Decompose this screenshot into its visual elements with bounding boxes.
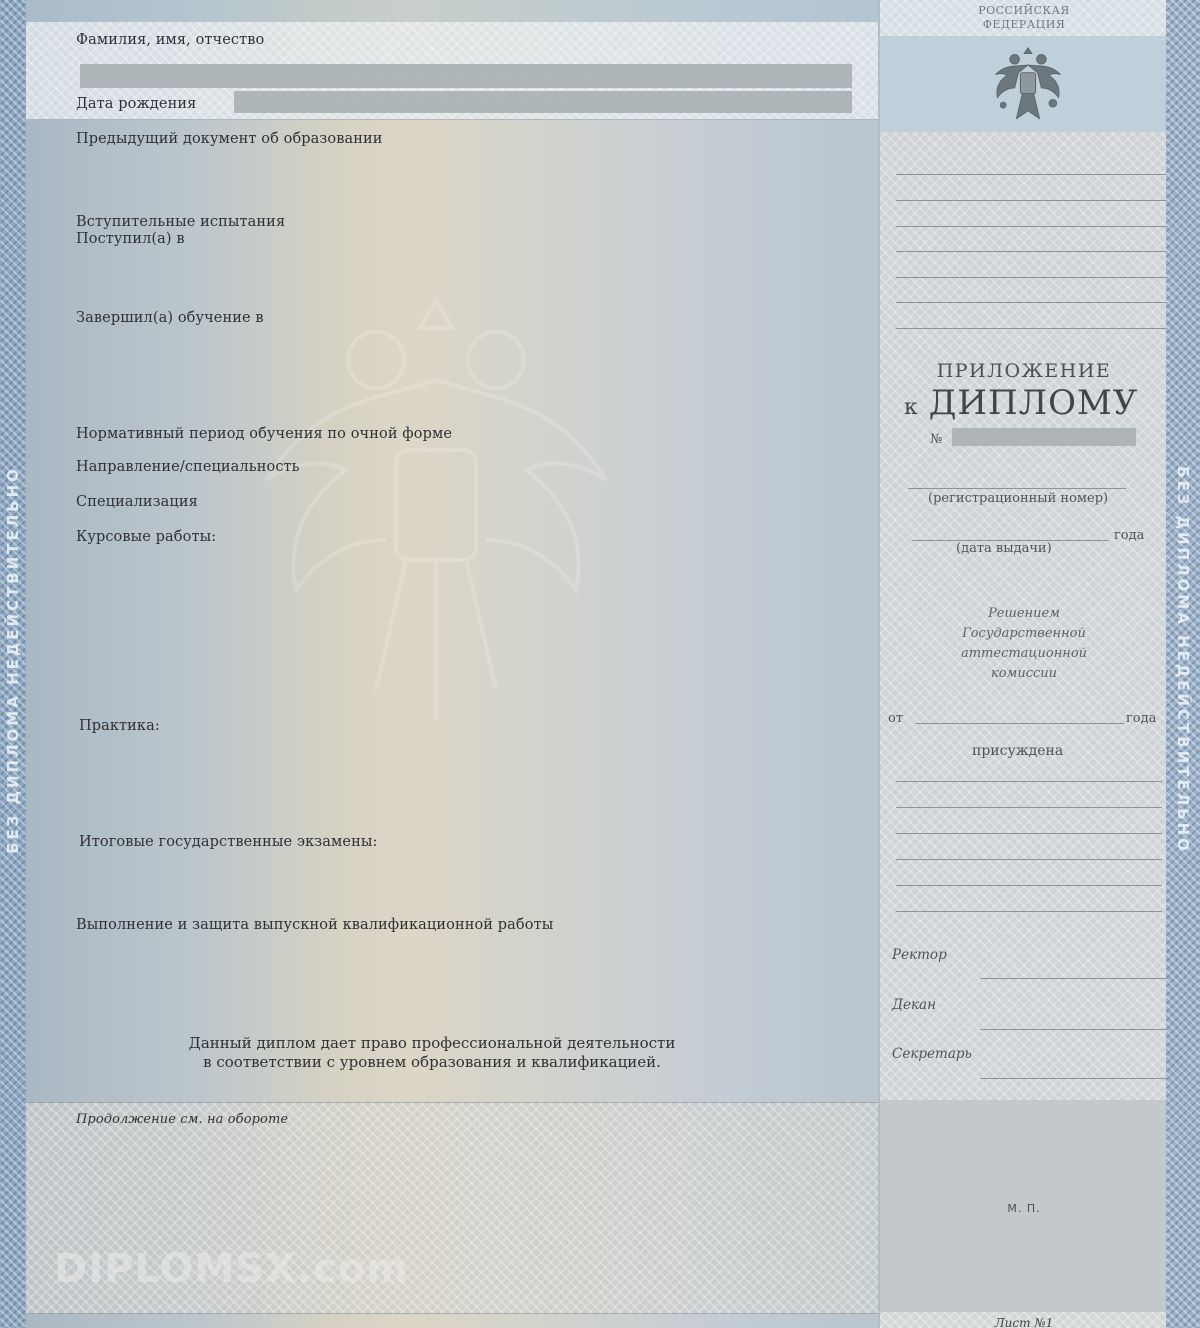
title-prefix: к [904,395,919,420]
number-sign: № [930,432,942,447]
blank-line [896,277,1174,278]
strip-warning-text: БЕЗ ДИПЛОМА НЕДЕЙСТВИТЕЛЬНО [1174,466,1192,854]
blank-line [896,251,1174,252]
qualification-line [896,781,1162,782]
dean-label: Декан [892,997,936,1013]
completed-label: Завершил(а) обучение в [76,310,264,326]
commission-line-1: Решением [880,604,1168,624]
commission-line-2: Государственной [880,624,1168,644]
double-headed-eagle-icon [980,44,1076,130]
left-security-strip: БЕЗ ДИПЛОМА НЕДЕЙСТВИТЕЛЬНО [0,0,26,1328]
rector-label: Ректор [892,947,947,963]
practice-label: Практика: [79,718,160,734]
qualification-line [896,885,1162,886]
issue-year-word: года [1114,528,1144,543]
title-supplement: ПРИЛОЖЕНИЕ [880,360,1168,382]
qualification-line [896,859,1162,860]
country-line-1: РОССИЙСКАЯ [880,4,1168,17]
birth-date-field-redacted [234,91,852,113]
coursework-label: Курсовые работы: [76,529,216,545]
blank-line [896,200,1174,201]
top-band [26,0,878,22]
blank-line [896,302,1174,303]
eagle-watermark-icon [236,260,636,740]
secretary-signature-line [980,1078,1166,1079]
title-diploma-word: ДИПЛОМУ [929,383,1139,423]
prev-doc-label: Предыдущий документ об образовании [76,131,383,147]
enrolled-label: Поступил(а) в [76,231,185,247]
rector-signature-line [980,978,1166,979]
issue-date-caption: (дата выдачи) [956,541,1052,556]
thesis-label: Выполнение и защита выпускной квалификац… [76,917,553,933]
normative-period-label: Нормативный период обучения по очной фор… [76,426,452,442]
final-exams-label: Итоговые государственные экзамены: [79,834,377,850]
diploma-number-redacted [952,428,1136,446]
title-to-diploma: кДИПЛОМУ [904,383,1138,423]
qualification-line [896,807,1162,808]
rights-note-line-2: в соответствии с уровнем образования и к… [6,1052,858,1072]
blank-line [896,174,1174,175]
reg-number-caption: (регистрационный номер) [928,491,1108,506]
reg-number-line [908,488,1126,489]
sheet-number: Лист №1 [880,1316,1168,1328]
decision-year-word: года [1126,711,1156,726]
commission-line-3: аттестационной [880,644,1168,664]
country-line-2: ФЕДЕРАЦИЯ [880,18,1168,31]
site-watermark: DIPLOMSX.com [54,1246,409,1292]
entrance-exams-label: Вступительные испытания [76,214,285,230]
continued-note: Продолжение см. на обороте [76,1112,288,1127]
secretary-label: Секретарь [892,1046,972,1062]
fio-label: Фамилия, имя, отчество [76,32,264,48]
right-security-strip: БЕЗ ДИПЛОМА НЕДЕЙСТВИТЕЛЬНО [1166,0,1200,1328]
from-word: от [888,711,903,726]
side-panel: РОССИЙСКАЯ ФЕДЕРАЦИЯ ПРИЛОЖЕНИЕ кДИПЛОМУ [878,0,1166,1328]
birth-date-label: Дата рождения [76,96,196,112]
main-panel: Фамилия, имя, отчество Дата рождения Пре… [26,0,878,1328]
specialization-label: Специализация [76,494,198,510]
qualification-line [896,911,1162,912]
blank-line [896,328,1174,329]
blank-line [896,226,1174,227]
seal-label: М. П. [880,1202,1168,1215]
strip-warning-text: БЕЗ ДИПЛОМА НЕДЕЙСТВИТЕЛЬНО [4,466,22,854]
commission-line-4: комиссии [880,664,1168,684]
specialty-label: Направление/специальность [76,459,300,475]
awarded-word: присуждена [972,743,1063,759]
fio-field-redacted [80,64,852,88]
decision-date-line [916,723,1124,724]
rights-note-line-1: Данный диплом дает право профессионально… [6,1033,858,1053]
qualification-line [896,833,1162,834]
dean-signature-line [980,1029,1166,1030]
diploma-supplement-page: БЕЗ ДИПЛОМА НЕДЕЙСТВИТЕЛЬНО Фамилия, имя… [0,0,1200,1328]
